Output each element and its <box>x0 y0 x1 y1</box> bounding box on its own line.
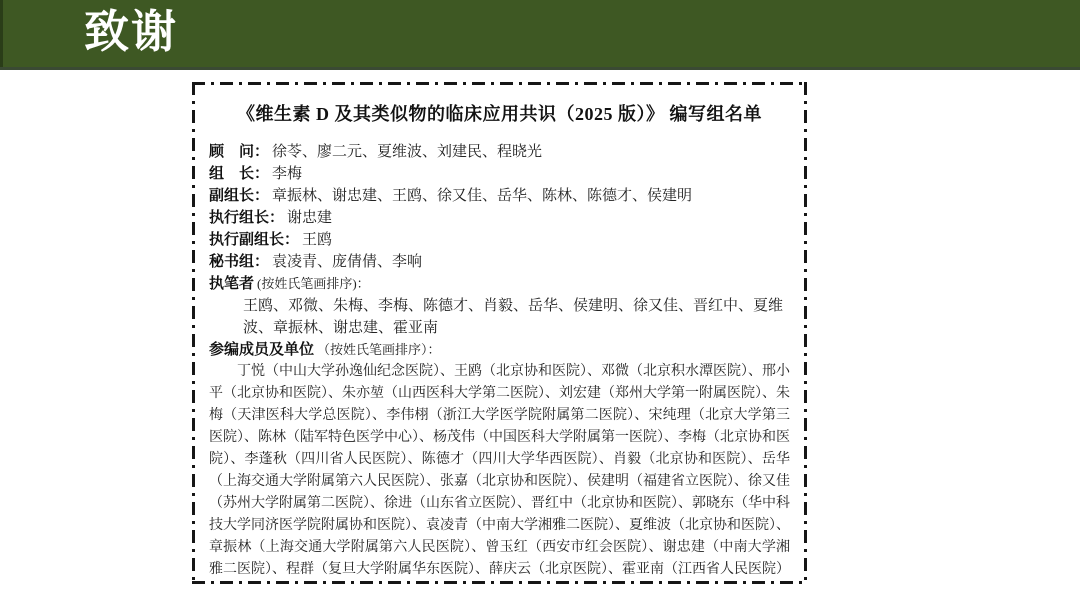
box-border-bottom <box>192 581 807 584</box>
role-label: 顾 问： <box>209 144 269 160</box>
role-label: 执行组长： <box>209 210 284 226</box>
box-border-left <box>192 82 195 584</box>
members-sort-note: （按姓氏笔画排序）： <box>317 342 441 357</box>
role-row-secretariat: 秘书组：袁凌青、庞倩倩、李响 <box>209 251 790 273</box>
document-title: 《维生素 D 及其类似物的临床应用共识（2025 版）》 编写组名单 <box>209 100 790 126</box>
writers-names: 王鸥、邓微、朱梅、李梅、陈德才、肖毅、岳华、侯建明、徐又佳、晋红中、夏维波、章振… <box>209 295 790 339</box>
role-names: 章振林、谢忠建、王鸥、徐又佳、岳华、陈林、陈德才、侯建明 <box>272 188 692 204</box>
role-row-advisors: 顾 问：徐苓、廖二元、夏维波、刘建民、程晓光 <box>209 141 790 163</box>
slide: 致谢 《维生素 D 及其类似物的临床应用共识（2025 版）》 编写组名单 顾 … <box>0 0 1080 608</box>
members-label: 参编成员及单位 <box>209 342 314 358</box>
role-row-deputy-leaders: 副组长：章振林、谢忠建、王鸥、徐又佳、岳华、陈林、陈德才、侯建明 <box>209 185 790 207</box>
members-heading: 参编成员及单位（按姓氏笔画排序）： <box>209 339 790 361</box>
role-row-executive-deputy-leader: 执行副组长：王鸥 <box>209 229 790 251</box>
writers-sort-note: (按姓氏笔画排序)： <box>257 276 370 291</box>
role-names: 袁凌青、庞倩倩、李响 <box>272 254 422 270</box>
box-border-right <box>804 82 807 584</box>
role-label: 组 长： <box>209 166 269 182</box>
role-names: 李梅 <box>272 166 302 182</box>
role-label: 副组长： <box>209 188 269 204</box>
role-label: 秘书组： <box>209 254 269 270</box>
page-title: 致谢 <box>0 0 1080 64</box>
box-border-top <box>192 82 807 85</box>
credits-box: 《维生素 D 及其类似物的临床应用共识（2025 版）》 编写组名单 顾 问：徐… <box>192 82 807 584</box>
members-list: 丁悦（中山大学孙逸仙纪念医院）、王鸥（北京协和医院）、邓微（北京积水潭医院）、邢… <box>209 361 790 581</box>
role-names: 王鸥 <box>302 232 332 248</box>
slide-header: 致谢 <box>0 0 1080 70</box>
role-row-leader: 组 长：李梅 <box>209 163 790 185</box>
writers-heading: 执笔者(按姓氏笔画排序)： <box>209 273 790 295</box>
role-names: 谢忠建 <box>287 210 332 226</box>
role-names: 徐苓、廖二元、夏维波、刘建民、程晓光 <box>272 144 542 160</box>
writers-label: 执笔者 <box>209 276 254 292</box>
role-label: 执行副组长： <box>209 232 299 248</box>
role-row-executive-leader: 执行组长：谢忠建 <box>209 207 790 229</box>
